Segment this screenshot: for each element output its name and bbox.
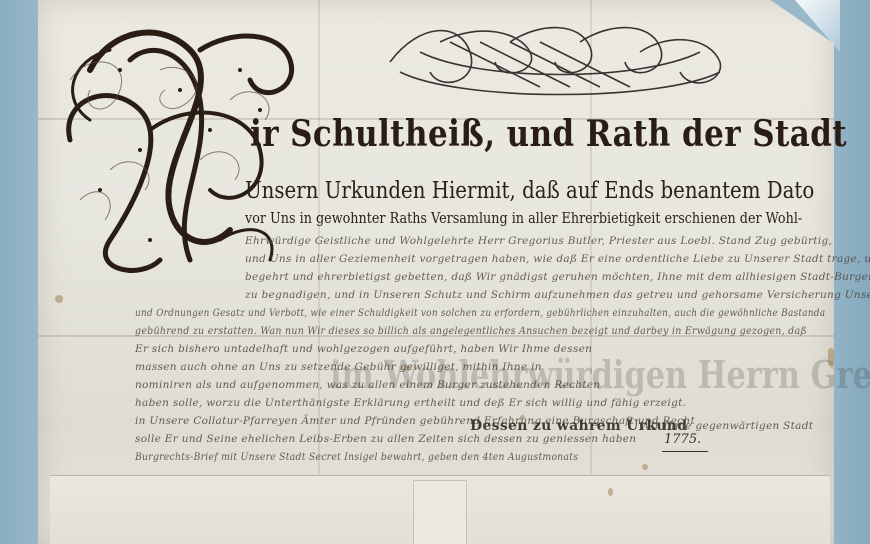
body-line: Ehrwürdige Geistliche und Wohlgelehrte H… xyxy=(245,235,832,247)
final-line: Burgrechts-Brief mit Unsere Stadt Secret… xyxy=(135,451,578,463)
seal-tab xyxy=(413,480,467,544)
stain xyxy=(608,488,613,496)
stain xyxy=(828,348,834,366)
closing-continuation: Wir Ihme gegenwärtigen Stadt xyxy=(640,420,813,432)
body-line: haben solle, worzu die Unterthänigste Er… xyxy=(135,397,686,409)
document-subline: Unsern Urkunden Hiermit, daß auf Ends be… xyxy=(245,178,814,204)
date-flourish xyxy=(662,451,708,452)
document-line-3: vor Uns in gewohnter Raths Versamlung in… xyxy=(245,211,802,227)
stain xyxy=(642,464,648,470)
top-flourish-ornament xyxy=(380,12,740,102)
bleed-through-text: im Wohlehrwürdigen Herrn Gregor Butler xyxy=(330,352,870,397)
body-line: begehrt und ehrerbietigst gebetten, daß … xyxy=(245,271,870,283)
stain xyxy=(405,365,411,371)
body-line: zu begnadigen, und in Unseren Schutz und… xyxy=(245,289,870,301)
body-line: und Uns in aller Geziemenheit vorgetrage… xyxy=(245,253,870,265)
stain xyxy=(520,415,525,420)
body-line: solle Er und Seine ehelichen Leibs-Erben… xyxy=(135,433,636,445)
body-line: und Ordnungen Gesatz und Verbott, wie ei… xyxy=(135,307,825,319)
body-line: gebührend zu erstatten. Wan nun Wir dies… xyxy=(135,325,807,337)
stain xyxy=(55,295,63,303)
document-headline: ir Schultheiß, und Rath der Stadt xyxy=(250,113,847,155)
document-year: 1775. xyxy=(664,432,701,447)
